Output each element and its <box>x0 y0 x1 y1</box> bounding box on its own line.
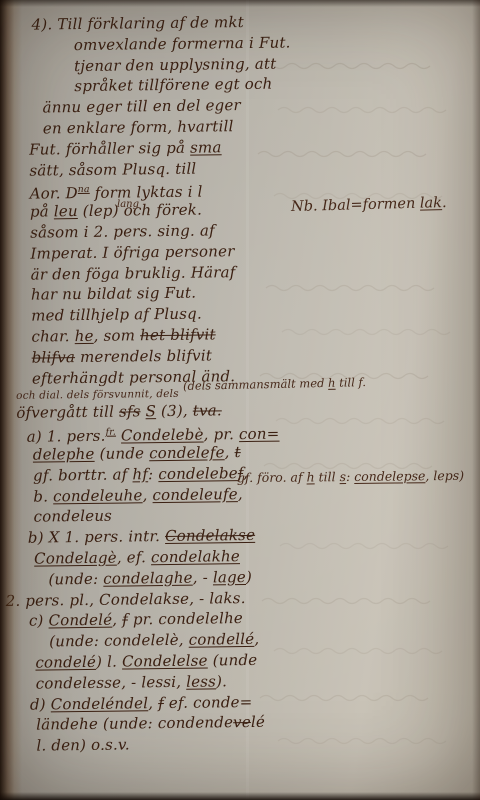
handwriting-segment: , som <box>94 326 141 345</box>
manuscript-photo: 4). Till förklaring af de mktomvexlande … <box>0 0 480 800</box>
handwriting-segment: Condelelse <box>122 651 208 670</box>
handwriting-segment: omvexlande formerna i Fut. <box>74 33 291 54</box>
handwritten-line: tjenar den upplysning, att <box>74 53 291 76</box>
handwriting-segment: sätt, såsom Plusq. till <box>29 159 196 179</box>
margin-note-condelepse: gf. föro. af h till s: condelepse, leps) <box>237 468 464 485</box>
handwriting-segment: l. den) o.s.v. <box>36 736 130 755</box>
handwriting-segment: ef. conde= <box>164 692 253 711</box>
handwriting-segment: , <box>238 485 243 503</box>
handwriting-segment: gf. borttr. af <box>33 465 133 484</box>
handwriting-segment: , <box>225 443 235 461</box>
handwriting-segment: till <box>315 469 340 484</box>
handwriting-segment: condelé <box>35 653 96 672</box>
handwriting-segment: , <box>254 630 259 648</box>
handwriting-segment: är den föga bruklig. Häraf <box>31 263 236 284</box>
handwriting-segment: condelesse, - lessi, <box>36 672 187 692</box>
handwriting-segment: 2. pers. pl., Condelakse, - laks. <box>6 589 246 610</box>
handwriting-segment: het blifvit <box>140 325 216 344</box>
handwriting-segment: 4). Till förklaring af de mkt <box>31 13 244 34</box>
handwriting-segment: Condelé <box>48 611 112 630</box>
handwriting-segment: less <box>186 672 216 690</box>
handwriting-segment: S <box>145 402 156 420</box>
handwriting-segment: (unde: condelelè, <box>49 631 189 651</box>
handwriting-segment: he <box>75 327 94 345</box>
handwriting-segment: b. <box>33 487 53 505</box>
handwriting-segment: char. <box>31 327 74 346</box>
handwriting-segment: : <box>148 465 158 483</box>
handwriting-segment: pr. condelelhe <box>128 609 243 628</box>
handwriting-segment: ve <box>233 713 251 731</box>
interlinear-insertion-lang: lang <box>117 199 139 210</box>
handwritten-line: l. den) o.s.v. <box>36 732 299 756</box>
handwriting-segment: merendels blifvit <box>75 346 212 366</box>
handwriting-segment: ländehe (unde: condende <box>36 713 233 733</box>
handwriting-segment: ) l. <box>96 652 122 670</box>
handwriting-segment: (unde <box>94 444 149 463</box>
page-bottom-edge <box>0 792 480 800</box>
handwriting-segment: condeleuhe <box>53 486 143 505</box>
handwriting-segment: öfvergått till <box>16 403 119 422</box>
handwriting-segment: b) X 1. pers. intr. <box>28 527 165 547</box>
handwriting-segment: (3), <box>156 402 193 420</box>
handwriting-segment: ) <box>246 568 252 586</box>
handwritten-line: omvexlande formerna i Fut. <box>74 32 291 55</box>
handwriting-segment: tva. <box>193 402 222 420</box>
margin-note-nb: Nb. Ibal=formen lak. <box>291 195 447 215</box>
handwriting-segment: (dels sammansmält med <box>183 376 328 393</box>
handwriting-segment: condelaghe <box>103 568 193 587</box>
handwriting-segment: Nb. Ibal=formen <box>291 196 420 215</box>
handwriting-segment: har nu bildat sig Fut. <box>31 284 197 304</box>
handwriting-segment: leu <box>54 202 78 220</box>
handwriting-segment: , <box>112 611 122 629</box>
handwriting-segment: , leps) <box>425 468 464 483</box>
handwriting-segment: , <box>142 486 152 504</box>
handwriting-segment: lang <box>117 199 139 210</box>
handwriting-segment: d) <box>30 695 51 713</box>
handwriting-segment: tjenar den upplysning, att <box>74 54 277 74</box>
handwriting-segment: , - <box>193 568 213 586</box>
handwriting-segment: con= <box>239 425 280 443</box>
handwriting-segment: språket tillförene egt och <box>74 75 272 95</box>
handwriting-segment: h <box>306 469 314 484</box>
handwriting-segment: gf. föro. af <box>237 469 307 485</box>
page-left-edge <box>0 0 22 800</box>
handwriting-segment: fr. <box>105 427 116 438</box>
handwriting-segment: såsom i 2. pers. sing. af <box>30 221 215 241</box>
handwriting-segment: na <box>78 184 90 195</box>
page-top-edge <box>0 0 480 7</box>
handwriting-segment: condeleus <box>34 507 113 526</box>
interlinear-insertion-sammansmalt: (dels sammansmält med h till f. <box>183 375 366 393</box>
handwriting-segment: condelebe <box>158 464 238 483</box>
handwriting-segment: blifva <box>32 348 76 367</box>
handwriting-segment: , ef. <box>117 548 151 566</box>
handwritten-line: a) 1. pers.fr. Condelebè, pr. con= <box>26 421 295 445</box>
handwriting-segment: condellé <box>189 630 255 649</box>
manuscript-page: 4). Till förklaring af de mktomvexlande … <box>0 0 480 800</box>
handwriting-segment: lage <box>213 568 246 586</box>
handwriting-segment: condelefe <box>149 443 225 462</box>
handwriting-segment: med tillhjelp af Plusq. <box>31 305 202 325</box>
handwriting-segment: en enklare form, hvartill <box>43 117 234 137</box>
handwriting-segment: (unde: <box>48 569 103 588</box>
handwriting-segment: Condelagè <box>34 549 117 568</box>
background-corner-top-right <box>446 0 480 30</box>
handwritten-line: språket tillförene egt och <box>74 74 291 97</box>
handwriting-segment: , pr. <box>203 425 239 443</box>
page-right-edge <box>472 0 480 800</box>
handwriting-segment: Fut. förhåller sig på <box>29 138 190 158</box>
handwriting-segment: condeleufe <box>152 485 238 504</box>
handwriting-segment: (unde <box>208 651 258 670</box>
handwriting-segment: condelepse <box>354 468 425 484</box>
handwriting-segment: till f. <box>335 375 366 390</box>
handwriting-segment: c) <box>29 612 49 630</box>
handwriting-segment: lak <box>420 195 442 212</box>
handwriting-segment: (lep) och förek. <box>78 201 202 221</box>
handwritten-line: ländehe (unde: condendevelé <box>36 712 299 736</box>
handwriting-segment: Imperat. I öfriga personer <box>30 242 234 262</box>
handwriting-segment: delephe <box>33 445 95 464</box>
handwriting-segment: ). <box>216 672 227 690</box>
handwriting-segment: . <box>442 195 447 211</box>
handwriting-segment: och dial. dels försvunnit, dels <box>16 388 179 402</box>
handwriting-segment: sfs <box>119 403 141 421</box>
handwriting-segment: Condeléndel <box>51 694 149 713</box>
handwriting-segment: Condelakse <box>165 526 255 545</box>
handwriting-segment: t <box>234 443 240 461</box>
handwriting-segment: på <box>30 203 54 221</box>
handwriting-segment: condelakhe <box>151 547 240 566</box>
handwriting-segment: hf <box>132 465 148 483</box>
handwriting-segment: Aor. D <box>30 184 78 203</box>
handwriting-segment: , <box>148 694 158 712</box>
handwriting-segment: lé <box>251 713 265 731</box>
handwriting-segment: ännu eger till en del eger <box>43 96 241 116</box>
handwriting-segment: sma <box>190 138 222 156</box>
